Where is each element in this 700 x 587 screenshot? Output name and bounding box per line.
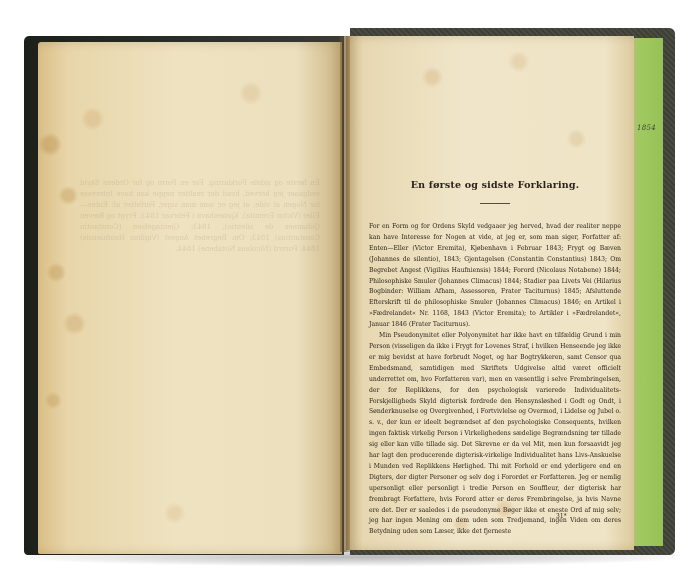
chapter-heading: En første og sidste Forklaring. [369, 180, 621, 191]
left-page [38, 42, 342, 554]
handwritten-note: 1854 [637, 124, 656, 132]
green-endpaper [634, 38, 663, 546]
photo-scene: 1854 En første og sidste Forklaring. For… [0, 0, 700, 587]
book-gutter [340, 36, 350, 552]
paragraph-2: Min Pseudonymitet eller Polyonymitet har… [369, 331, 621, 538]
right-page-text: En første og sidste Forklaring. For en F… [369, 180, 621, 538]
paragraph-1: For en Form og for Ordens Skyld vedgaaer… [369, 222, 621, 331]
left-page-show-through: En første og sidste Forklaring. For en F… [80, 178, 320, 255]
page-signature-number: 31* [556, 513, 567, 520]
heading-rule [480, 203, 510, 204]
